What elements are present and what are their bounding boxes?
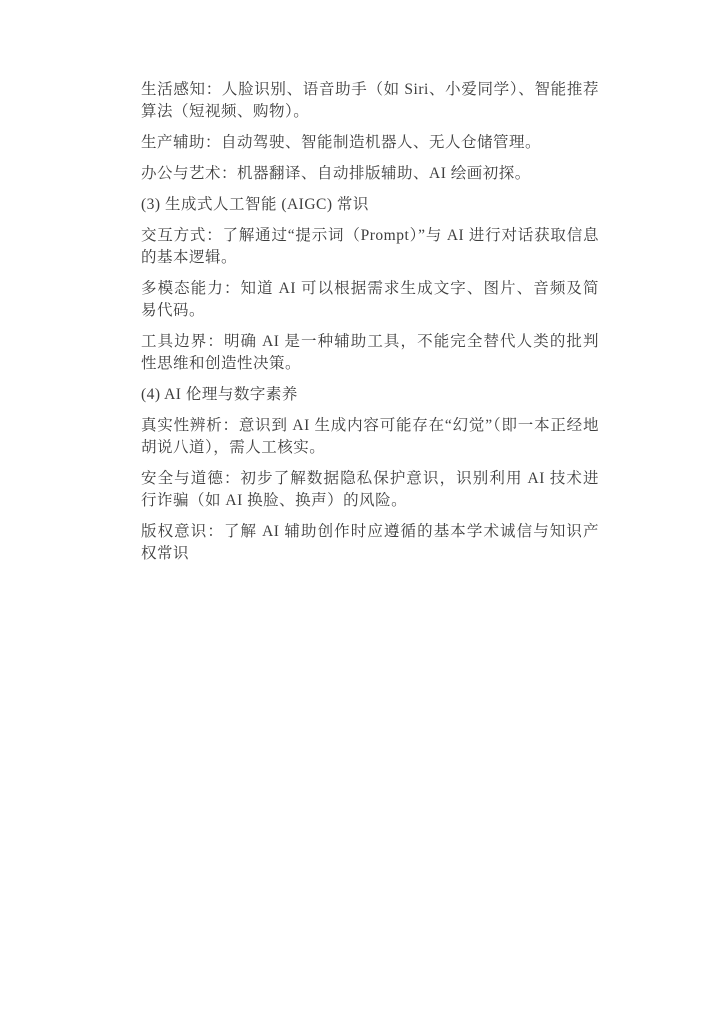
para-office-art: 办公与艺术：机器翻译、自动排版辅助、AI 绘画初探。 — [141, 163, 599, 185]
heading-ai-ethics-literacy: (4) AI 伦理与数字素养 — [141, 384, 599, 406]
heading-aigc-basics: (3) 生成式人工智能 (AIGC) 常识 — [141, 194, 599, 216]
para-tool-boundary: 工具边界：明确 AI 是一种辅助工具，不能完全替代人类的批判性思维和创造性决策。 — [141, 331, 599, 375]
para-authenticity-check: 真实性辨析：意识到 AI 生成内容可能存在“幻觉”（即一本正经地胡说八道），需人… — [141, 415, 599, 459]
para-safety-ethics: 安全与道德：初步了解数据隐私保护意识，识别利用 AI 技术进行诈骗（如 AI 换… — [141, 468, 599, 512]
document-page: 生活感知：人脸识别、语音助手（如 Siri、小爱同学）、智能推荐算法（短视频、购… — [0, 0, 724, 1024]
para-multimodal-ability: 多模态能力：知道 AI 可以根据需求生成文字、图片、音频及简易代码。 — [141, 278, 599, 322]
para-interaction-mode: 交互方式：了解通过“提示词（Prompt）”与 AI 进行对话获取信息的基本逻辑… — [141, 225, 599, 269]
para-production-assist: 生产辅助：自动驾驶、智能制造机器人、无人仓储管理。 — [141, 132, 599, 154]
document-content: 生活感知：人脸识别、语音助手（如 Siri、小爱同学）、智能推荐算法（短视频、购… — [141, 79, 599, 574]
para-copyright-awareness: 版权意识：了解 AI 辅助创作时应遵循的基本学术诚信与知识产权常识 — [141, 521, 599, 565]
para-life-perception: 生活感知：人脸识别、语音助手（如 Siri、小爱同学）、智能推荐算法（短视频、购… — [141, 79, 599, 123]
